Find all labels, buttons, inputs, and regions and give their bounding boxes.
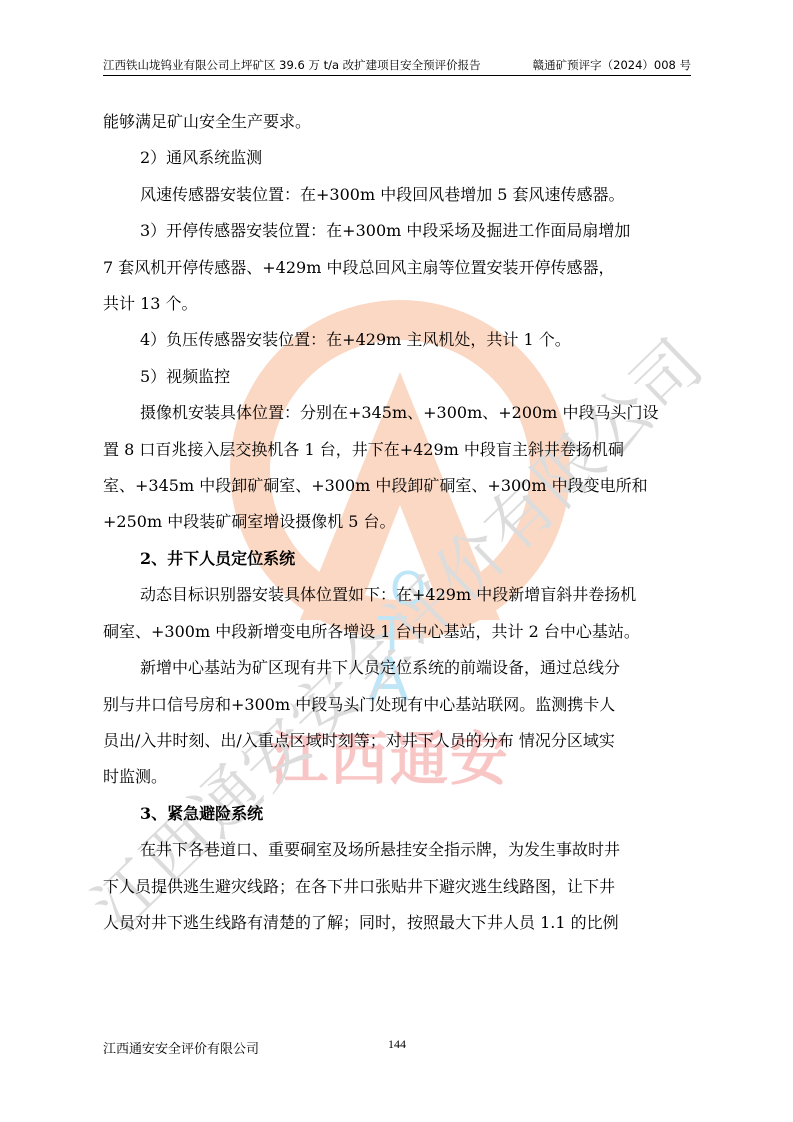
body-line: 员出/入井时刻、出/入重点区域时刻等；对井下人员的分布 情况分区域实 xyxy=(103,723,693,759)
body-line: 风速传感器安装位置：在+300m 中段回风巷增加 5 套风速传感器。 xyxy=(103,177,693,213)
body-line: 下人员提供逃生避灾线路；在各下井口张贴井下避灾逃生线路图，让下井 xyxy=(103,869,693,905)
body-line: 新增中心基站为矿区现有井下人员定位系统的前端设备，通过总线分 xyxy=(103,650,693,686)
body-line: 室、+345m 中段卸矿硐室、+300m 中段卸矿硐室、+300m 中段变电所和 xyxy=(103,468,693,504)
footer-company-name: 江西通安安全评价有限公司 xyxy=(103,1038,259,1057)
page-number: 144 xyxy=(388,1037,406,1052)
body-line: 人员对井下逃生线路有清楚的了解；同时，按照最大下井人员 1.1 的比例 xyxy=(103,905,693,941)
header-document-number: 赣通矿预评字（2024）008 号 xyxy=(533,57,691,73)
body-line: 4）负压传感器安装位置：在+429m 主风机处，共计 1 个。 xyxy=(103,322,693,358)
body-line: 动态目标识别器安装具体位置如下：在+429m 中段新增盲斜井卷扬机 xyxy=(103,577,693,613)
body-line: 共计 13 个。 xyxy=(103,286,693,322)
document-body: 能够满足矿山安全生产要求。 2）通风系统监测 风速传感器安装位置：在+300m … xyxy=(103,104,693,941)
body-line: 时监测。 xyxy=(103,759,693,795)
body-line: 摄像机安装具体位置：分别在+345m、+300m、+200m 中段马头门设 xyxy=(103,395,693,431)
subsection-heading-ventilation: 2）通风系统监测 xyxy=(103,140,693,176)
section-heading-personnel-positioning: 2、井下人员定位系统 xyxy=(103,541,693,577)
body-line: 7 套风机开停传感器、+429m 中段总回风主扇等位置安装开停传感器， xyxy=(103,250,693,286)
header-report-title: 江西铁山垅钨业有限公司上坪矿区 39.6 万 t/a 改扩建项目安全预评价报告 xyxy=(103,57,481,73)
body-line: 硐室、+300m 中段新增变电所各增设 1 台中心基站，共计 2 台中心基站。 xyxy=(103,614,693,650)
body-line: 置 8 口百兆接入层交换机各 1 台，井下在+429m 中段盲主斜井卷扬机硐 xyxy=(103,432,693,468)
body-line: +250m 中段装矿硐室增设摄像机 5 台。 xyxy=(103,504,693,540)
body-line: 别与井口信号房和+300m 中段马头门处现有中心基站联网。监测携卡人 xyxy=(103,687,693,723)
page-header: 江西铁山垅钨业有限公司上坪矿区 39.6 万 t/a 改扩建项目安全预评价报告 … xyxy=(103,56,691,76)
body-line: 3）开停传感器安装位置：在+300m 中段采场及掘进工作面局扇增加 xyxy=(103,213,693,249)
body-line: 在井下各巷道口、重要硐室及场所悬挂安全指示牌，为发生事故时井 xyxy=(103,832,693,868)
section-heading-emergency-refuge: 3、紧急避险系统 xyxy=(103,796,693,832)
subsection-heading-video: 5）视频监控 xyxy=(103,359,693,395)
document-page: Q T A 江西通安 江西通安安全评价有限公司 江西铁山垅钨业有限公司上坪矿区 … xyxy=(0,0,793,1122)
body-line: 能够满足矿山安全生产要求。 xyxy=(103,104,693,140)
